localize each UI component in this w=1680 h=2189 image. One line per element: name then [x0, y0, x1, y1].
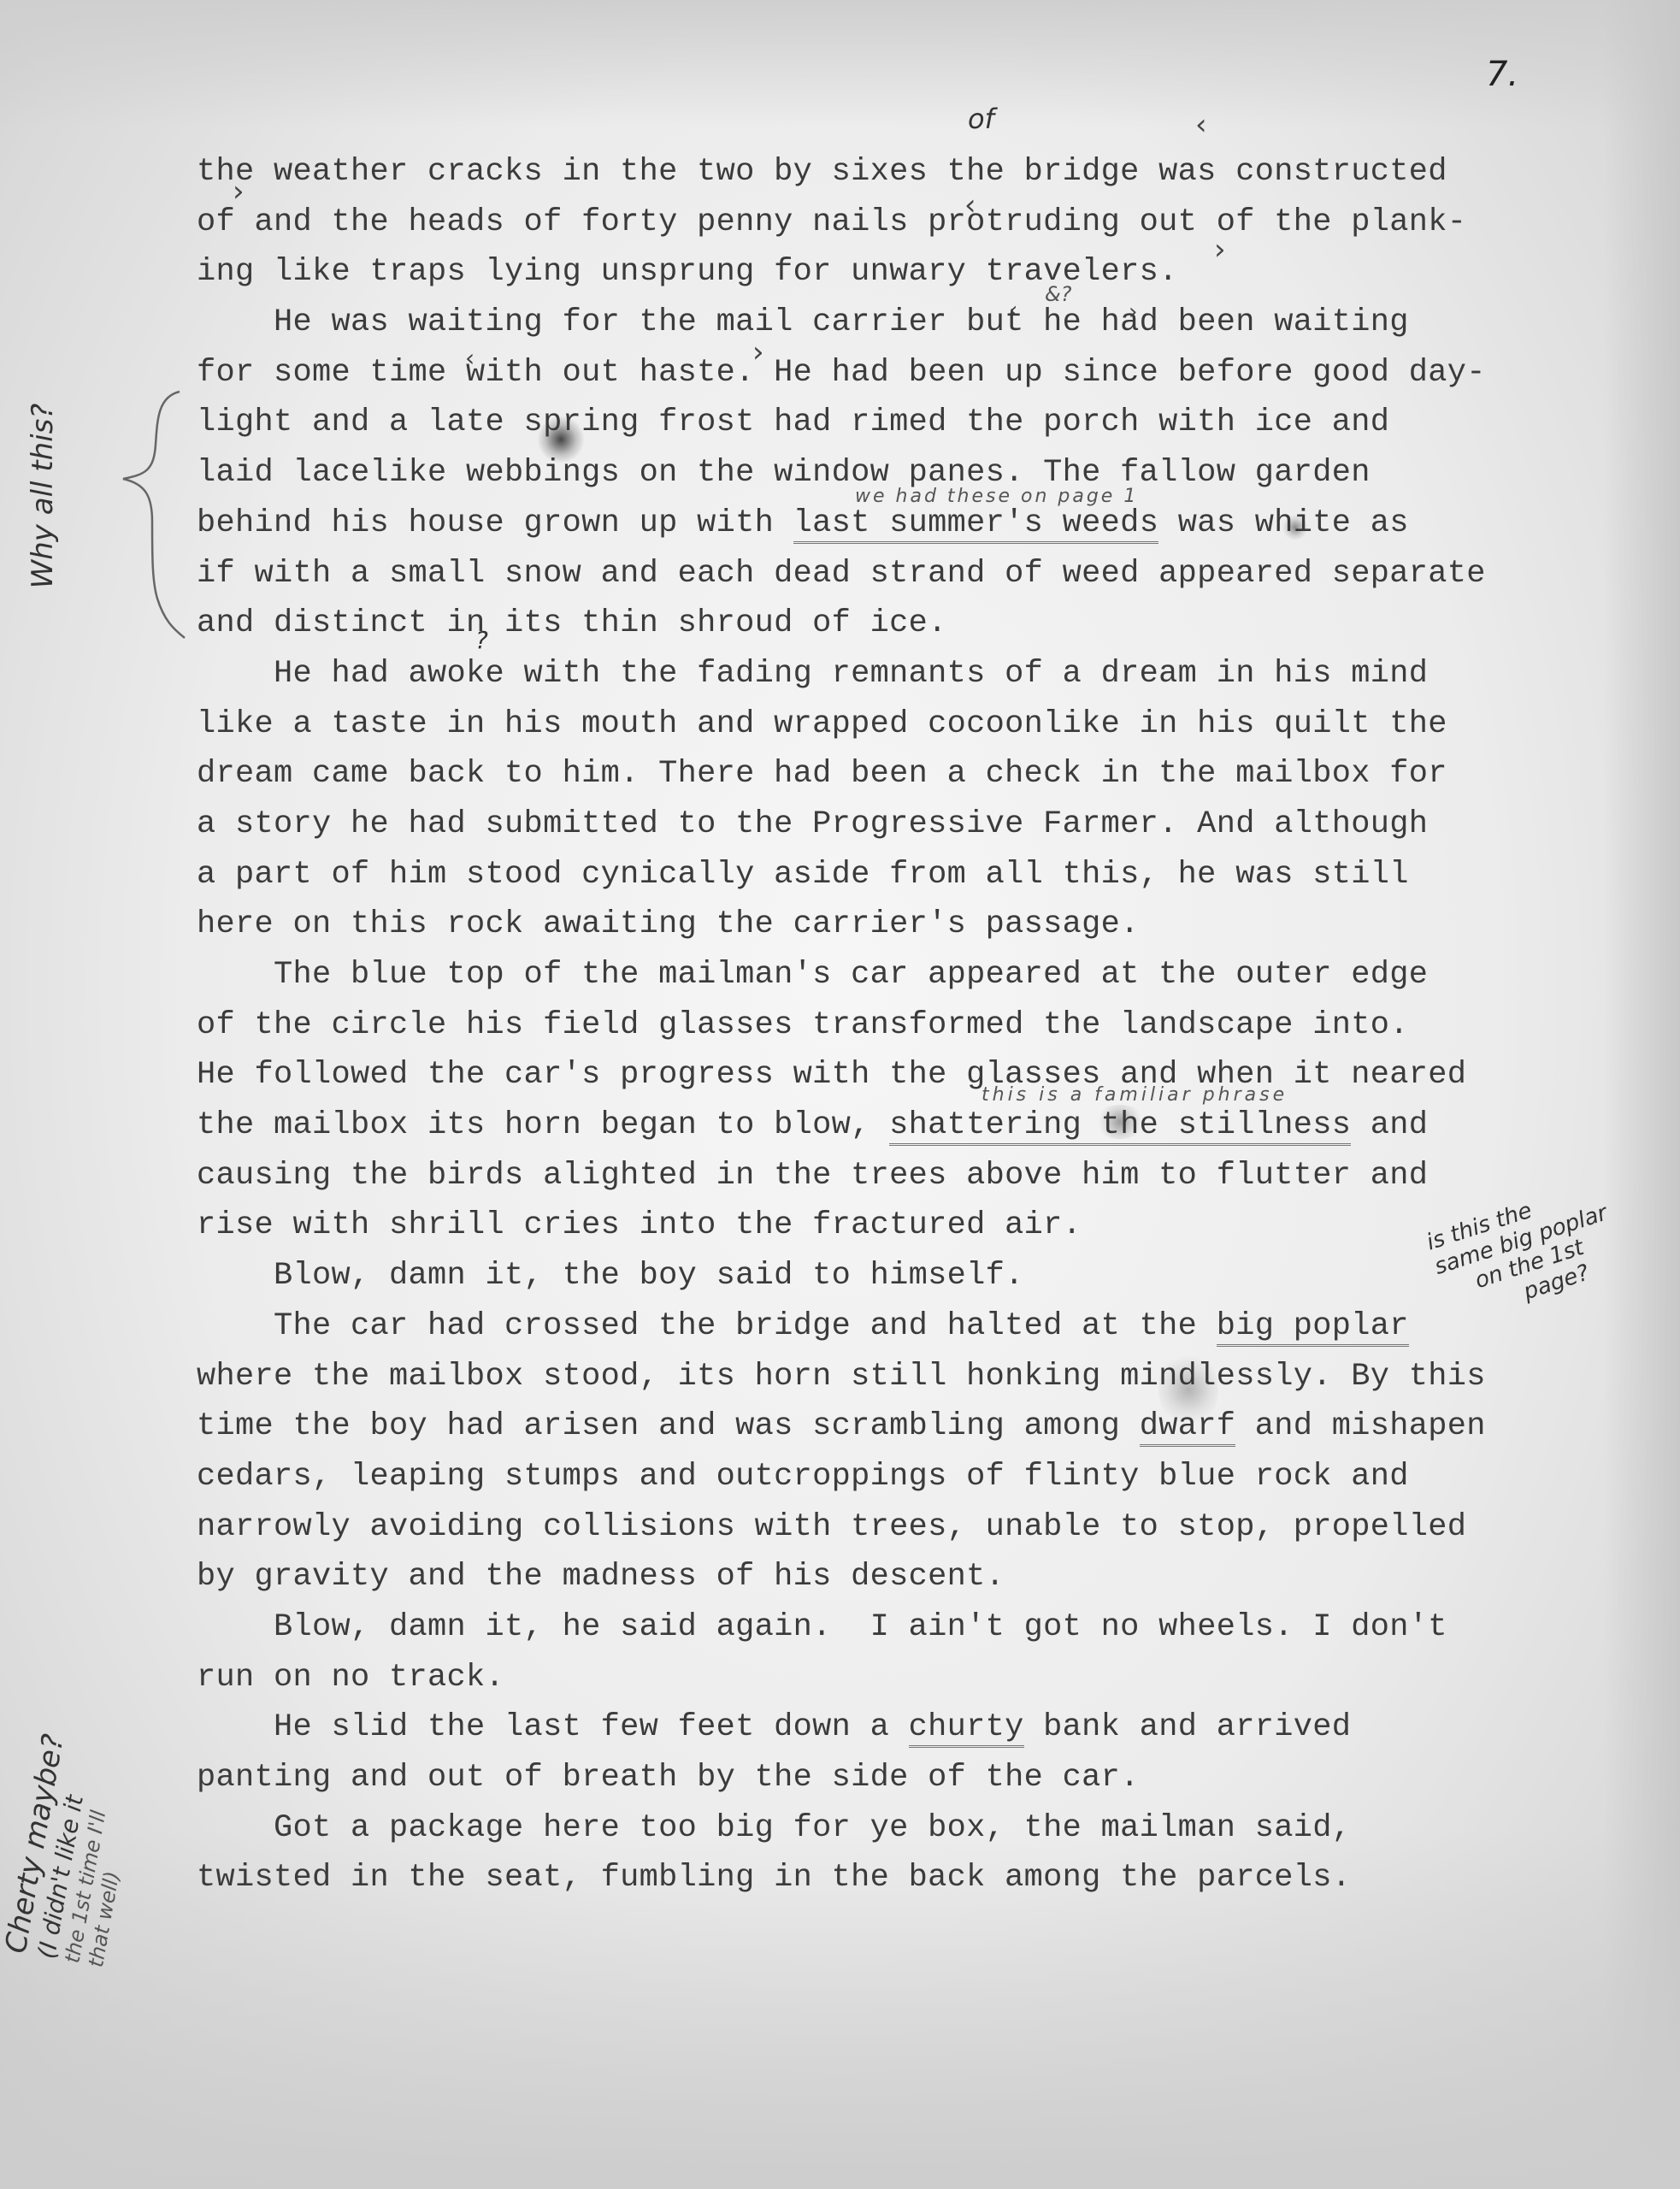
typed-line: He was waiting for the mail carrier but … — [197, 298, 1582, 348]
paper-shadow-top — [0, 0, 1680, 128]
typed-line: dream came back to him. There had been a… — [197, 749, 1582, 799]
typed-text: the weather cracks in the two by sixes t… — [197, 154, 1447, 190]
typed-line: run on no track. — [197, 1653, 1582, 1703]
typed-body: the weather cracks in the two by sixes t… — [197, 147, 1582, 1903]
typed-text: Got a package here too big for ye box, t… — [274, 1810, 1351, 1846]
typed-text: He was waiting for the mail carrier but … — [274, 304, 1409, 340]
typed-text: a story he had submitted to the Progress… — [197, 806, 1428, 842]
typed-text: ing like traps lying unsprung for unwary… — [197, 254, 1178, 290]
typed-line: the mailbox its horn began to blow, shat… — [197, 1100, 1582, 1151]
insert-caret: › — [1129, 299, 1137, 325]
typed-line: where the mailbox stood, its horn still … — [197, 1352, 1582, 1402]
typed-text: and mishapen — [1235, 1408, 1486, 1444]
typed-line: The car had crossed the bridge and halte… — [197, 1301, 1582, 1352]
typed-text: He slid the last few feet down a — [274, 1709, 909, 1745]
typed-text: like a taste in his mouth and wrapped co… — [197, 706, 1447, 742]
typed-line: cedars, leaping stumps and outcroppings … — [197, 1452, 1582, 1502]
typed-text: run on no track. — [197, 1660, 504, 1696]
insert-caret: ‹ — [964, 188, 976, 222]
typed-line: He followed the car's progress with the … — [197, 1050, 1582, 1100]
margin-brace — [120, 385, 188, 641]
typed-line: light and a late spring frost had rimed … — [197, 398, 1582, 448]
typed-line: He had awoke with the fading remnants of… — [197, 649, 1582, 699]
awoke-query-annotation: ? — [475, 626, 488, 654]
familiar-phrase-annotation: this is a familiar phrase — [981, 1084, 1288, 1106]
typed-line: Got a package here too big for ye box, t… — [197, 1803, 1582, 1854]
typed-line: The blue top of the mailman's car appear… — [197, 950, 1582, 1000]
typed-text: causing the birds alighted in the trees … — [197, 1158, 1428, 1194]
typed-text: where the mailbox stood, its horn still … — [197, 1359, 1486, 1395]
insert-caret: ‹ — [1195, 108, 1207, 142]
typed-line: like a taste in his mouth and wrapped co… — [197, 699, 1582, 750]
typed-text: laid lacelike webbings on the window pan… — [197, 455, 1371, 491]
typed-line: the weather cracks in the two by sixes t… — [197, 147, 1582, 198]
typed-text: Blow, damn it, he said again. I ain't go… — [274, 1609, 1447, 1645]
typed-line: by gravity and the madness of his descen… — [197, 1552, 1582, 1602]
typed-text: time the boy had arisen and was scrambli… — [197, 1408, 1140, 1444]
typed-text: a part of him stood cynically aside from… — [197, 857, 1409, 893]
typed-text: of and the heads of forty penny nails pr… — [197, 204, 1466, 240]
typed-text: dream came back to him. There had been a… — [197, 756, 1447, 792]
typed-line: ing like traps lying unsprung for unwary… — [197, 247, 1582, 298]
insert-of-annotation: of — [968, 103, 994, 135]
typed-text: The car had crossed the bridge and halte… — [274, 1308, 1217, 1344]
typed-text: He had awoke with the fading remnants of… — [274, 656, 1428, 692]
weeds-note-annotation: we had these on page 1 — [855, 486, 1138, 507]
typed-text: by gravity and the madness of his descen… — [197, 1559, 1005, 1595]
insert-caret: › — [752, 335, 764, 369]
typed-text: The blue top of the mailman's car appear… — [274, 957, 1428, 993]
page-number: 7. — [1486, 55, 1518, 94]
ink-smudge — [1158, 1351, 1218, 1428]
typed-line: a part of him stood cynically aside from… — [197, 850, 1582, 900]
typed-line: Blow, damn it, the boy said to himself. — [197, 1251, 1582, 1301]
typed-text: cedars, leaping stumps and outcroppings … — [197, 1459, 1409, 1495]
typed-text: the mailbox its horn began to blow, — [197, 1107, 889, 1143]
typed-text: narrowly avoiding collisions with trees,… — [197, 1509, 1466, 1545]
ink-smudge — [537, 416, 585, 463]
insert-caret: › — [233, 174, 245, 209]
typed-line: panting and out of breath by the side of… — [197, 1753, 1582, 1803]
insert-caret: › — [1214, 233, 1226, 267]
typed-line: here on this rock awaiting the carrier's… — [197, 900, 1582, 950]
typed-line: time the boy had arisen and was scrambli… — [197, 1401, 1582, 1452]
typed-line: narrowly avoiding collisions with trees,… — [197, 1502, 1582, 1553]
typed-text: panting and out of breath by the side of… — [197, 1760, 1140, 1796]
typed-line: He slid the last few feet down a churty … — [197, 1702, 1582, 1753]
typed-line: if with a small snow and each dead stran… — [197, 549, 1582, 599]
typed-text: behind his house grown up with — [197, 505, 793, 541]
insert-caret: ‹ — [465, 344, 475, 372]
typed-line: and distinct in its thin shroud of ice. — [197, 599, 1582, 649]
typed-line: of and the heads of forty penny nails pr… — [197, 198, 1582, 248]
underlined-phrase: last summer's weeds — [793, 505, 1159, 544]
typed-text: and — [1351, 1107, 1428, 1143]
typed-text: for some time with out haste. He had bee… — [197, 355, 1486, 391]
margin-note-why-all-this: Why all this? — [26, 393, 60, 599]
typed-text: of the circle his field glasses transfor… — [197, 1007, 1409, 1043]
insert-ampersand-annotation: &? — [1045, 282, 1071, 306]
typed-line: for some time with out haste. He had bee… — [197, 348, 1582, 398]
typed-line: twisted in the seat, fumbling in the bac… — [197, 1853, 1582, 1903]
typed-text: bank and arrived — [1024, 1709, 1352, 1745]
typed-text: rise with shrill cries into the fracture… — [197, 1207, 1082, 1243]
typed-line: causing the birds alighted in the trees … — [197, 1151, 1582, 1201]
typed-line: rise with shrill cries into the fracture… — [197, 1201, 1582, 1251]
typed-line: Blow, damn it, he said again. I ain't go… — [197, 1602, 1582, 1653]
typed-text: here on this rock awaiting the carrier's… — [197, 906, 1140, 942]
typed-text: light and a late spring frost had rimed … — [197, 404, 1389, 440]
typed-line: a story he had submitted to the Progress… — [197, 799, 1582, 850]
typed-text: Blow, damn it, the boy said to himself. — [274, 1258, 1024, 1294]
underlined-phrase: big poplar — [1217, 1308, 1409, 1347]
typed-line: of the circle his field glasses transfor… — [197, 1000, 1582, 1051]
typed-text: twisted in the seat, fumbling in the bac… — [197, 1860, 1351, 1896]
ink-smudge — [1282, 515, 1308, 540]
insert-caret: ‹ — [1009, 298, 1017, 323]
typed-text: and distinct in its thin shroud of ice. — [197, 605, 947, 641]
underlined-phrase: churty — [909, 1709, 1024, 1748]
typed-text: if with a small snow and each dead stran… — [197, 556, 1486, 592]
ink-smudge — [1094, 1105, 1146, 1139]
